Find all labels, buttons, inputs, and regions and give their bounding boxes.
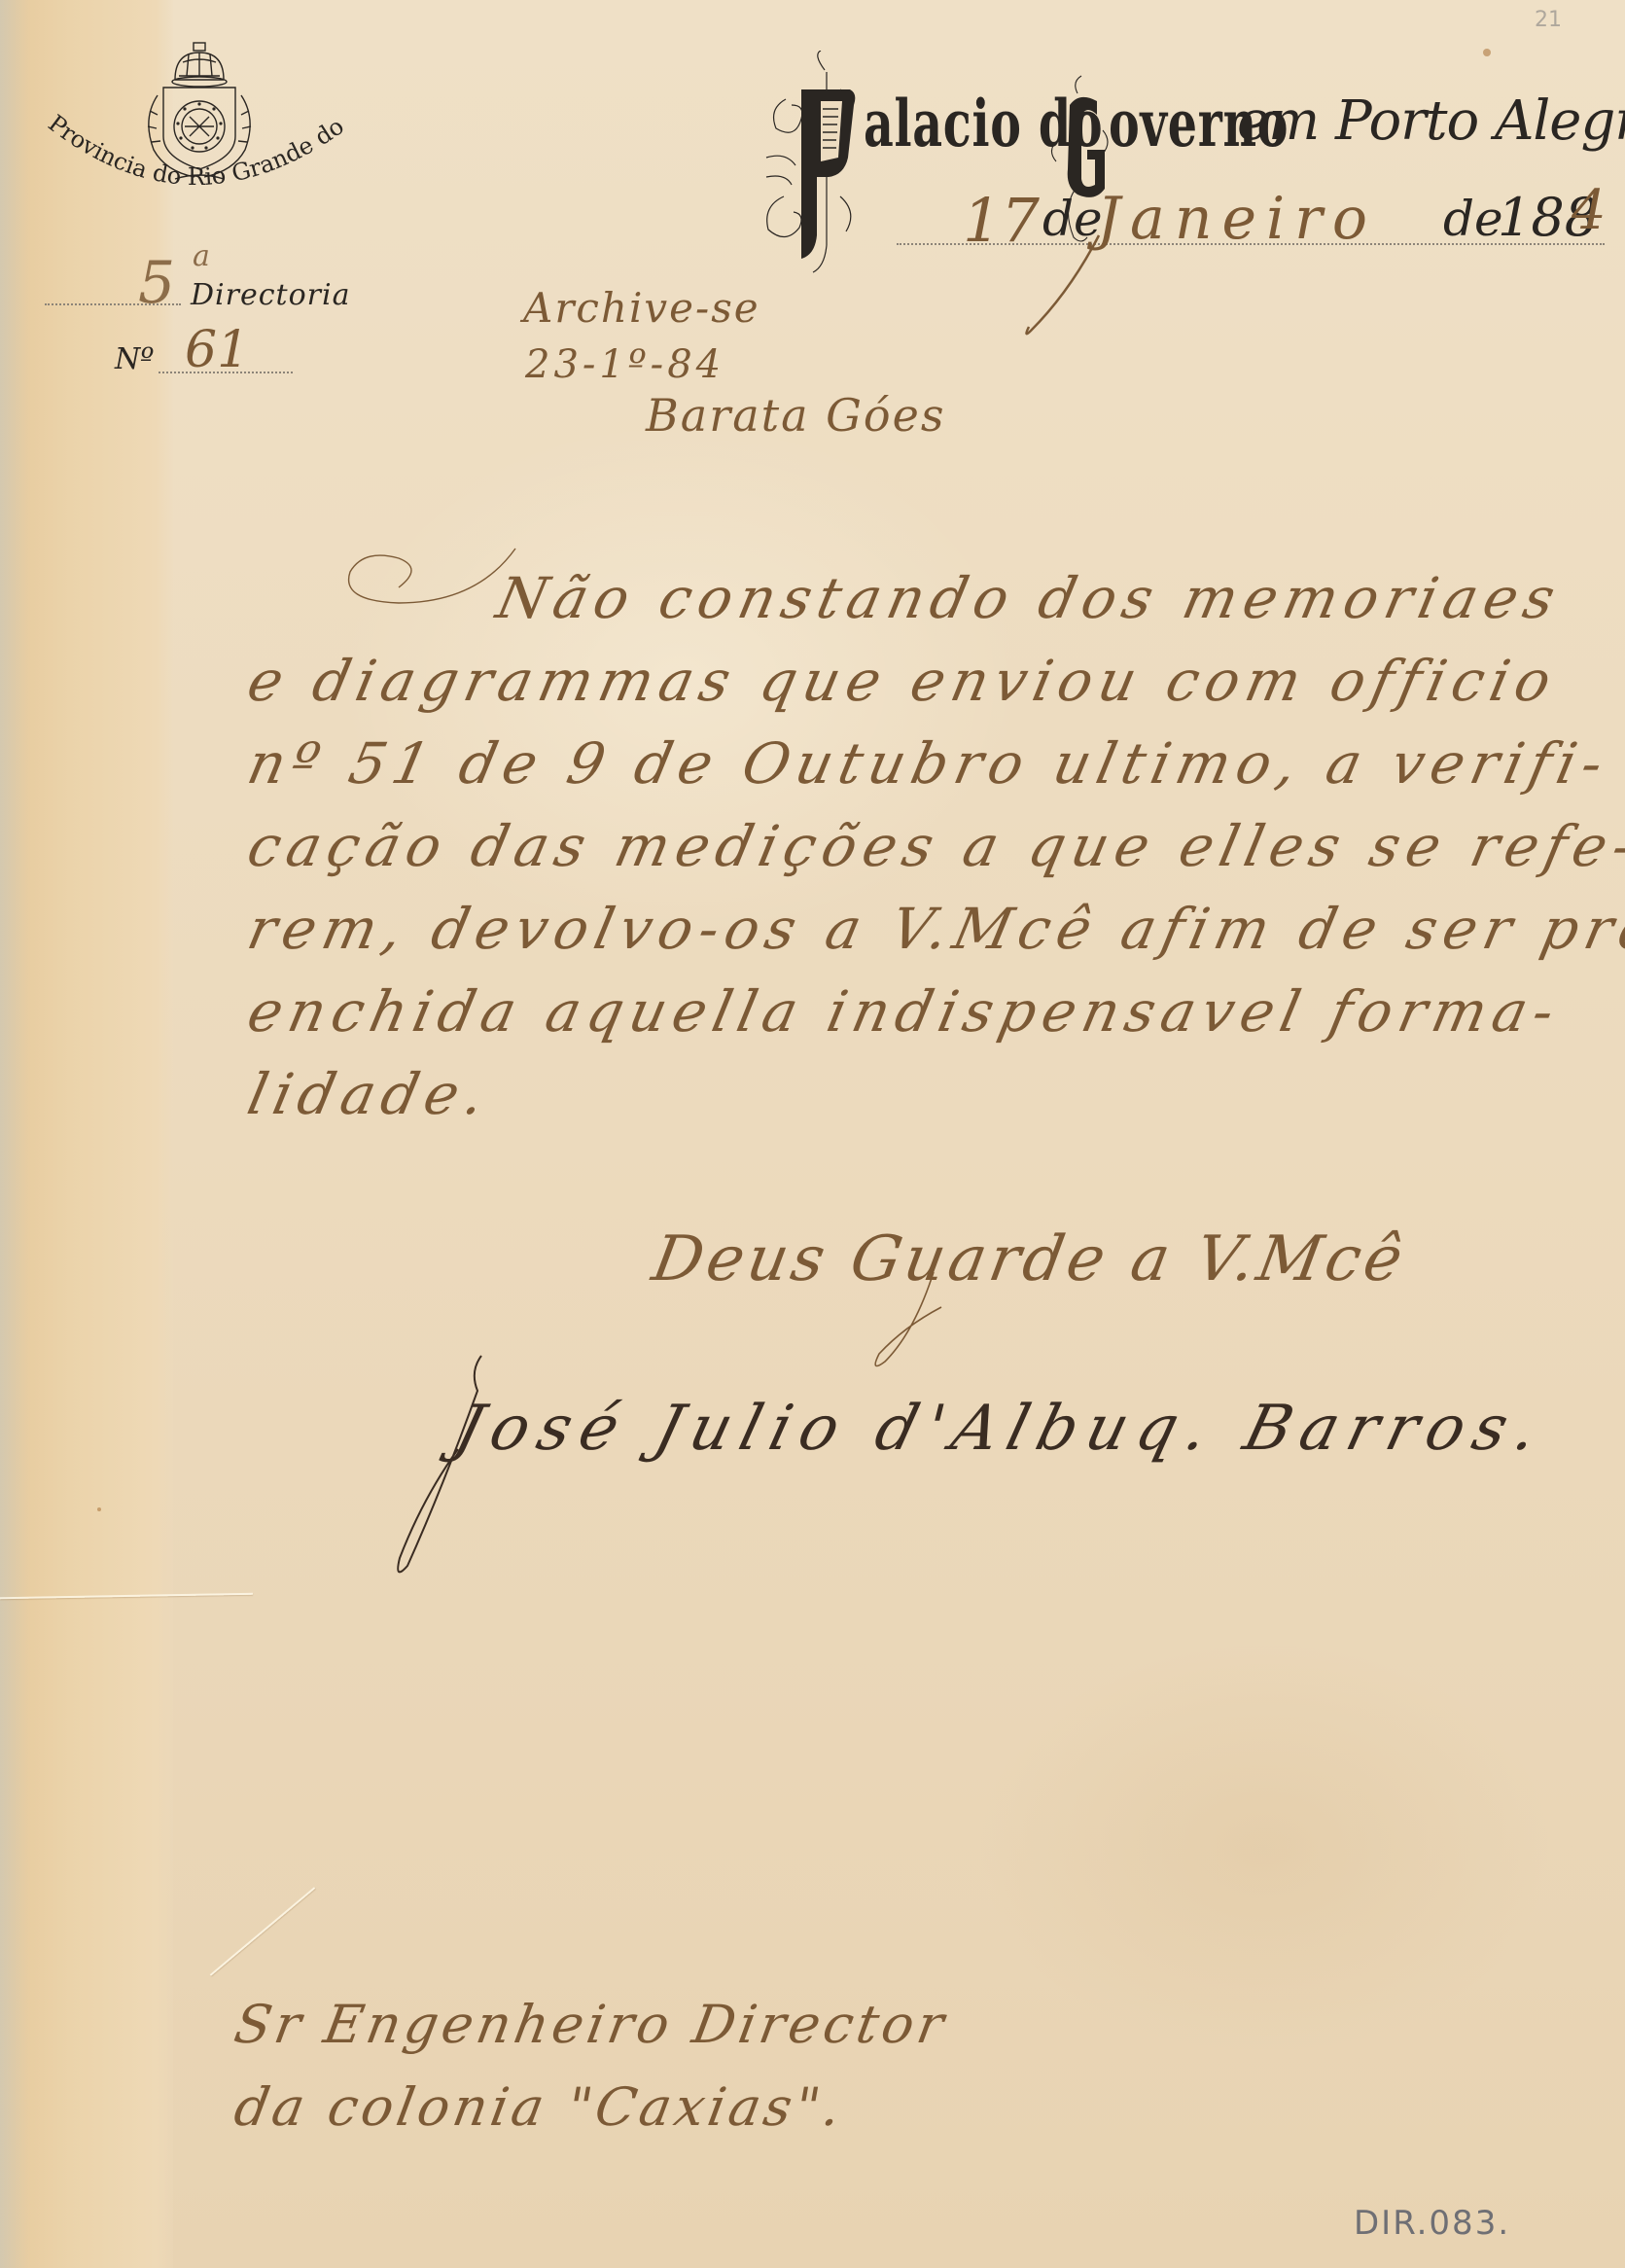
ornate-initial-p-icon bbox=[757, 51, 864, 274]
date-month: Janeiro bbox=[1097, 185, 1377, 253]
annotation-date: 23-1º-84 bbox=[525, 342, 724, 387]
addressee-line-2: da colonia "Caxias". bbox=[230, 2076, 849, 2138]
catalog-stamp: DIR.083. bbox=[1354, 2204, 1510, 2243]
signature-j-flourish bbox=[384, 1352, 501, 1585]
directoria-label: Directoria bbox=[191, 278, 350, 312]
province-arc-text: Provincia do Rio Grande do Sul bbox=[29, 97, 379, 224]
date-year-handwritten: 4 bbox=[1572, 179, 1607, 242]
body-line-6: enchida aquella indispensavel forma- bbox=[243, 983, 1566, 1040]
body-line-1: Não constando dos memoriaes bbox=[492, 570, 1567, 626]
body-line-5: rem, devolvo-os a V.Mcê afim de ser pre- bbox=[243, 901, 1625, 957]
closing-salutation: Deus Guarde a V.Mcê bbox=[647, 1223, 1411, 1295]
ink-spot bbox=[1483, 49, 1491, 56]
letter-page: 21 Provincia do Rio Grande do Sul bbox=[0, 0, 1625, 2268]
number-label: Nº bbox=[115, 342, 154, 376]
directoria-ordinal: a bbox=[193, 239, 210, 273]
body-line-2: e diagrammas que enviou com officio bbox=[243, 653, 1563, 709]
directoria-number: 5 bbox=[138, 249, 175, 317]
body-line-4: cação das medições a que elles se refe- bbox=[243, 818, 1625, 874]
palace-title-city: em Porto Alegre, bbox=[1237, 89, 1625, 153]
month-j-flourish bbox=[1011, 233, 1109, 340]
annotation-signature: Barata Góes bbox=[646, 389, 945, 442]
date-de-2: de bbox=[1443, 191, 1503, 247]
ink-spot bbox=[97, 1507, 101, 1511]
annotation-archive: Archive-se bbox=[523, 284, 760, 332]
body-line-3: nº 51 de 9 de Outubro ultimo, a verifi- bbox=[243, 735, 1614, 792]
svg-text:Provincia do Rio Grande do Sul: Provincia do Rio Grande do Sul bbox=[29, 97, 355, 191]
discolored-left-margin bbox=[0, 0, 173, 2268]
signature: José Julio d'Albuq. Barros. bbox=[448, 1393, 1555, 1465]
salutation-g-flourish bbox=[865, 1264, 953, 1371]
corner-pencil-number: 21 bbox=[1535, 8, 1562, 32]
body-line-7: lidade. bbox=[243, 1066, 496, 1122]
addressee-line-1: Sr Engenheiro Director bbox=[230, 1994, 952, 2055]
number-value: 61 bbox=[185, 321, 249, 379]
paper-crease bbox=[210, 1887, 316, 1976]
